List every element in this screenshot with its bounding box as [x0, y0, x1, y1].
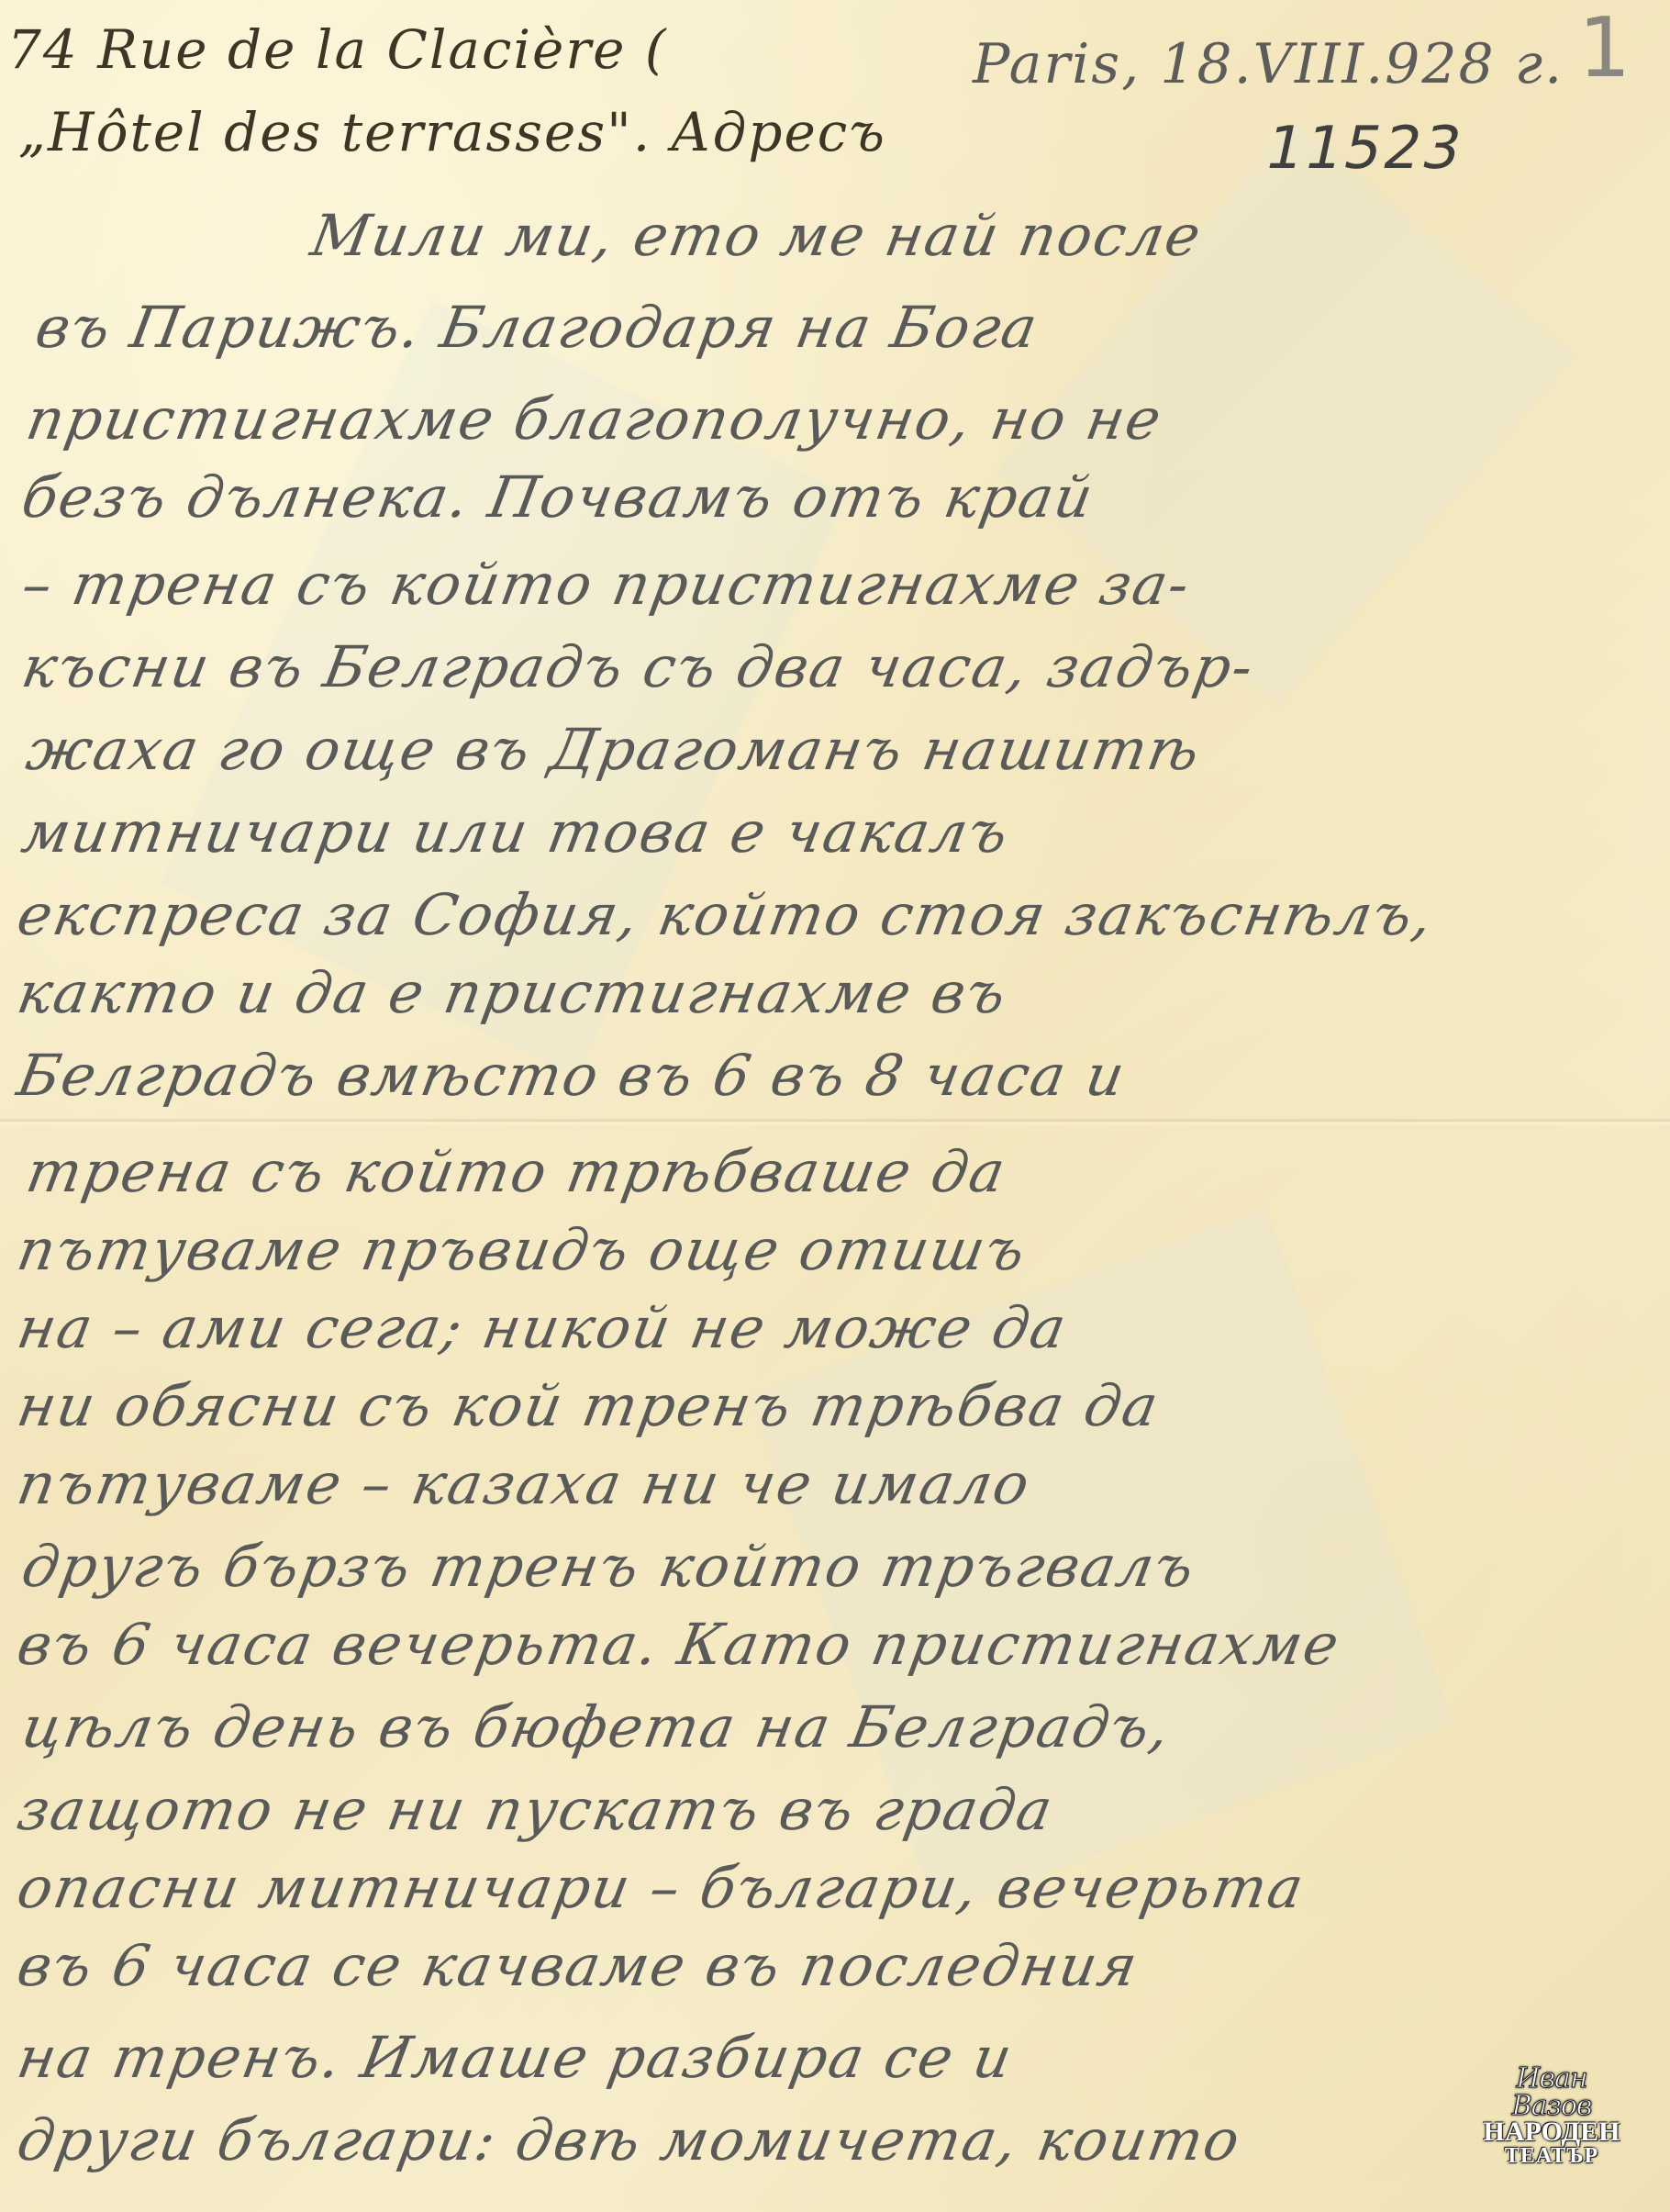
body-line: други българи: двѣ момичета, които	[13, 2106, 1247, 2173]
address-line-2: „Hôtel des terrasses". Адресъ	[18, 101, 886, 163]
page-number: 1	[1578, 0, 1632, 96]
body-line: пристигнахме благополучно, но не	[22, 385, 1168, 452]
body-line: цѣлъ день въ бюфета на Белградъ,	[17, 1693, 1176, 1760]
logo-signature: Иван Вазов	[1474, 2065, 1630, 2120]
body-line: пътуваме пръвидъ още отишъ	[13, 1216, 1032, 1283]
letter-scan: 74 Rue de la Clacière ( „Hôtel des terra…	[0, 0, 1670, 2212]
address-line-1: 74 Rue de la Clacière (	[7, 18, 667, 81]
fold-crease	[0, 1118, 1670, 1125]
body-line: експреса за София, който стоя закъснѣлъ,	[13, 881, 1440, 948]
body-line: въ Парижъ. Благодаря на Бога	[31, 294, 1044, 361]
body-line: трена съ който трѣбваше да	[22, 1138, 1012, 1205]
body-line: другъ бързъ тренъ който тръгвалъ	[17, 1533, 1201, 1600]
body-line: защото не ни пускатъ въ града	[13, 1776, 1059, 1843]
body-line: на тренъ. Имаше разбира се и	[13, 2024, 1019, 2091]
body-line: безъ дълнека. Почвамъ отъ край	[17, 464, 1099, 531]
body-line: въ 6 часа вечерьта. Като пристигнахме	[13, 1611, 1346, 1678]
archive-number: 11523	[1259, 115, 1469, 183]
national-theatre-logo: Иван Вазов НАРОДЕН ТЕАТЪР	[1474, 2065, 1630, 2168]
logo-line-2: ТЕАТЪР	[1474, 2144, 1630, 2168]
body-line: въ 6 часа се качваме въ последния	[13, 1932, 1144, 1999]
letter-date: Paris, 18.VIII.928 г.	[973, 32, 1564, 96]
body-line: ни обясни съ кой тренъ трѣбва да	[13, 1372, 1165, 1439]
body-line: на – ами сега; никой не може да	[13, 1294, 1073, 1361]
body-line: опасни митничари – българи, вечерьта	[13, 1854, 1310, 1921]
body-line: Мили ми, ето ме най после	[306, 202, 1208, 269]
logo-line-1: НАРОДЕН	[1474, 2120, 1630, 2144]
body-line: митничари или това е чакалъ	[17, 799, 1015, 866]
body-line: както и да е пристигнахме въ	[13, 959, 1013, 1026]
body-line: – трена съ който пристигнахме за-	[17, 551, 1197, 618]
body-line: пътуваме – казаха ни че имало	[13, 1450, 1036, 1517]
body-line: късни въ Белградъ съ два часа, задър-	[17, 633, 1260, 700]
body-line: жаха го още въ Драгоманъ нашитѣ	[22, 716, 1207, 783]
body-line: Белградъ вмѣсто въ 6 въ 8 часа и	[13, 1042, 1131, 1109]
